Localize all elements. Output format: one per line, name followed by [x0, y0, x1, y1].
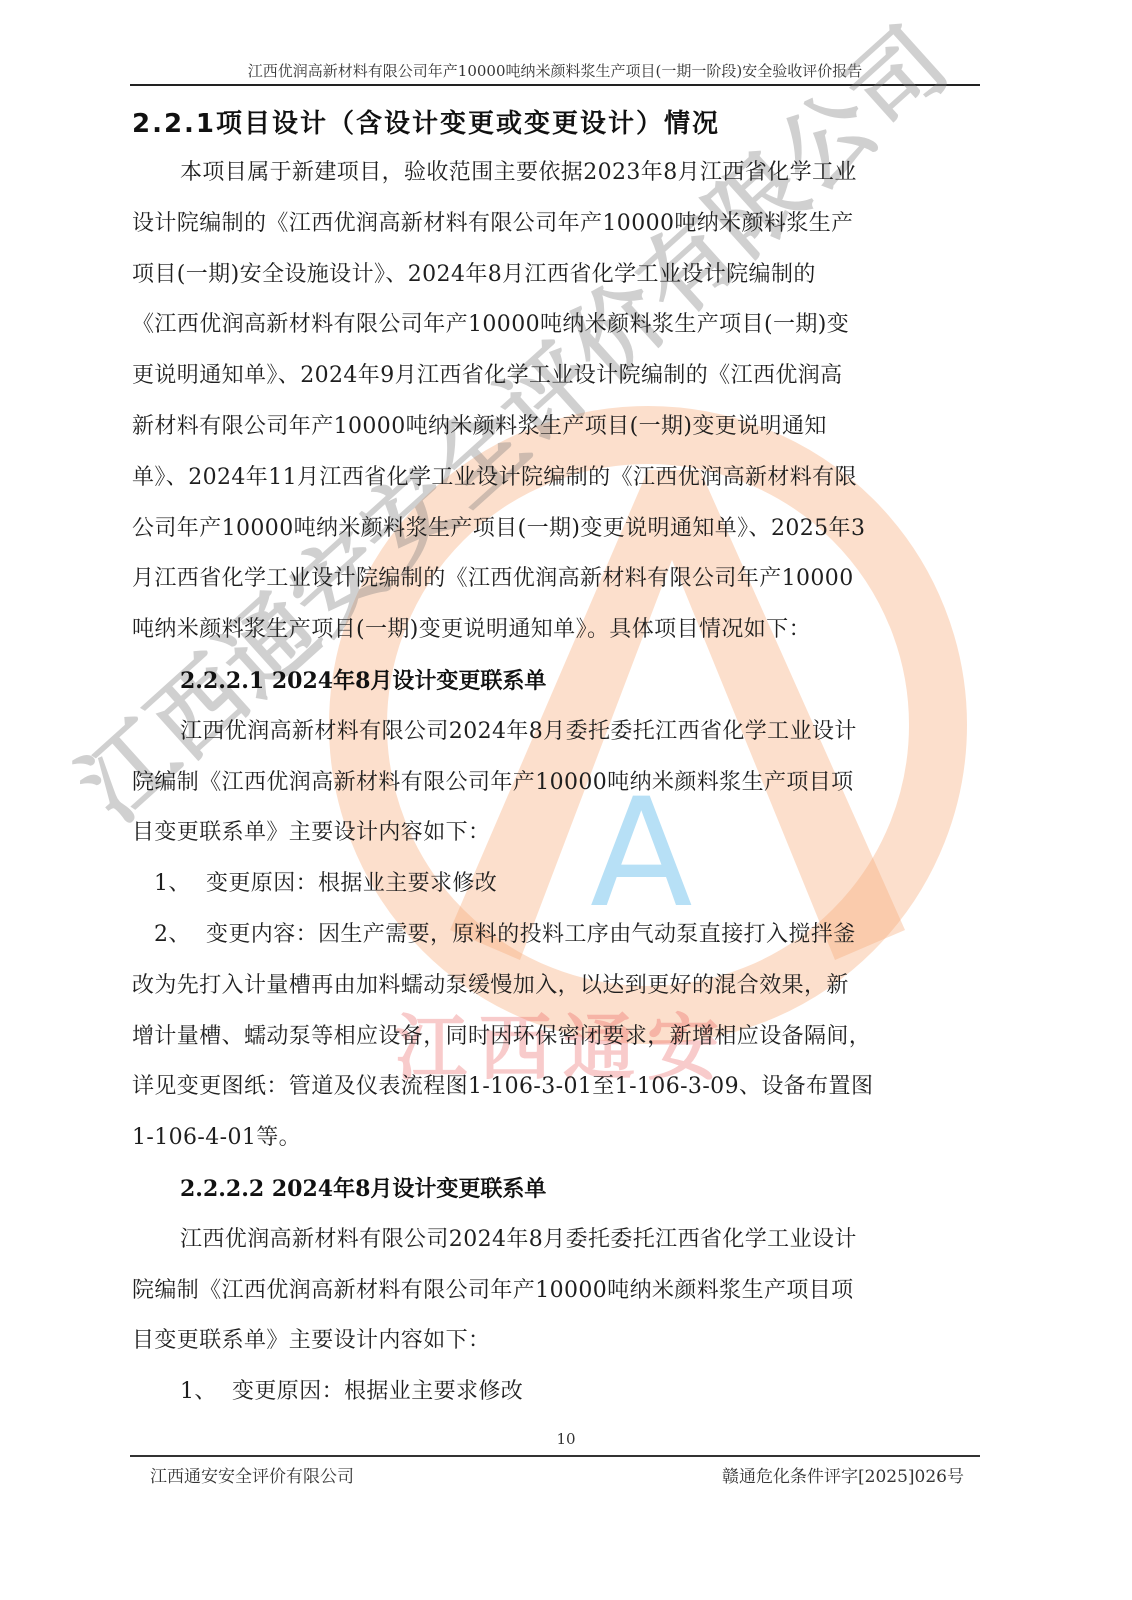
text-line: 目变更联系单》主要设计内容如下： [132, 808, 978, 859]
text-line: 增计量槽、蠕动泵等相应设备，同时因环保密闭要求，新增相应设备隔间， [132, 1012, 978, 1063]
footer-divider [130, 1455, 980, 1457]
text-line: 更说明通知单》、2024年9月江西省化学工业设计院编制的《江西优润高 [132, 351, 978, 402]
list-number: 2、 [154, 910, 206, 961]
page-content: 2.2.1项目设计（含设计变更或变更设计）情况 本项目属于新建项目，验收范围主要… [132, 100, 978, 1418]
text-line: 本项目属于新建项目，验收范围主要依据2023年8月江西省化学工业 [132, 148, 978, 199]
text-line: 月江西省化学工业设计院编制的《江西优润高新材料有限公司年产10000 [132, 554, 978, 605]
text-line: 目变更联系单》主要设计内容如下： [132, 1316, 978, 1367]
list-item: 2、变更内容：因生产需要，原料的投料工序由气动泵直接打入搅拌釜 [132, 910, 978, 961]
subsection-title: 2.2.2.1 2024年8月设计变更联系单 [132, 656, 978, 707]
list-text: 变更原因：根据业主要求修改 [232, 1379, 523, 1404]
footer-doc-number: 赣通危化条件评字[2025]026号 [722, 1462, 964, 1487]
list-item: 1、变更原因：根据业主要求修改 [132, 859, 978, 910]
text-line: 吨纳米颜料浆生产项目(一期)变更说明通知单》。具体项目情况如下： [132, 605, 978, 656]
section-title: 2.2.1项目设计（含设计变更或变更设计）情况 [132, 100, 978, 148]
text-line: 江西优润高新材料有限公司2024年8月委托委托江西省化学工业设计 [132, 1215, 978, 1266]
text-line: 公司年产10000吨纳米颜料浆生产项目(一期)变更说明通知单》、2025年3 [132, 504, 978, 555]
list-number: 1、 [180, 1367, 232, 1418]
text-line: 单》、2024年11月江西省化学工业设计院编制的《江西优润高新材料有限 [132, 453, 978, 504]
subsection-title: 2.2.2.2 2024年8月设计变更联系单 [132, 1164, 978, 1215]
list-text: 变更内容：因生产需要，原料的投料工序由气动泵直接打入搅拌釜 [206, 922, 856, 947]
header-divider [130, 84, 980, 86]
text-line: 1-106-4-01等。 [132, 1113, 978, 1164]
list-item: 1、变更原因：根据业主要求修改 [132, 1367, 978, 1418]
list-text: 变更原因：根据业主要求修改 [206, 871, 497, 896]
footer-company: 江西通安安全评价有限公司 [150, 1462, 354, 1487]
text-line: 院编制《江西优润高新材料有限公司年产10000吨纳米颜料浆生产项目项 [132, 758, 978, 809]
subsection-2-2-2-1: 2.2.2.1 2024年8月设计变更联系单 江西优润高新材料有限公司2024年… [132, 656, 978, 1164]
page-number: 10 [0, 1430, 1132, 1448]
text-line: 《江西优润高新材料有限公司年产10000吨纳米颜料浆生产项目(一期)变 [132, 300, 978, 351]
text-line: 改为先打入计量槽再由加料蠕动泵缓慢加入，以达到更好的混合效果，新 [132, 961, 978, 1012]
text-line: 江西优润高新材料有限公司2024年8月委托委托江西省化学工业设计 [132, 707, 978, 758]
subsection-2-2-2-2: 2.2.2.2 2024年8月设计变更联系单 江西优润高新材料有限公司2024年… [132, 1164, 978, 1418]
text-line: 详见变更图纸：管道及仪表流程图1-106-3-01至1-106-3-09、设备布… [132, 1062, 978, 1113]
text-line: 院编制《江西优润高新材料有限公司年产10000吨纳米颜料浆生产项目项 [132, 1266, 978, 1317]
list-number: 1、 [154, 859, 206, 910]
intro-paragraph: 本项目属于新建项目，验收范围主要依据2023年8月江西省化学工业 设计院编制的《… [132, 148, 978, 656]
text-line: 项目(一期)安全设施设计》、2024年8月江西省化学工业设计院编制的 [132, 250, 978, 301]
text-line: 新材料有限公司年产10000吨纳米颜料浆生产项目(一期)变更说明通知 [132, 402, 978, 453]
running-header: 江西优润高新材料有限公司年产10000吨纳米颜料浆生产项目(一期一阶段)安全验收… [130, 60, 980, 81]
text-line: 设计院编制的《江西优润高新材料有限公司年产10000吨纳米颜料浆生产 [132, 199, 978, 250]
